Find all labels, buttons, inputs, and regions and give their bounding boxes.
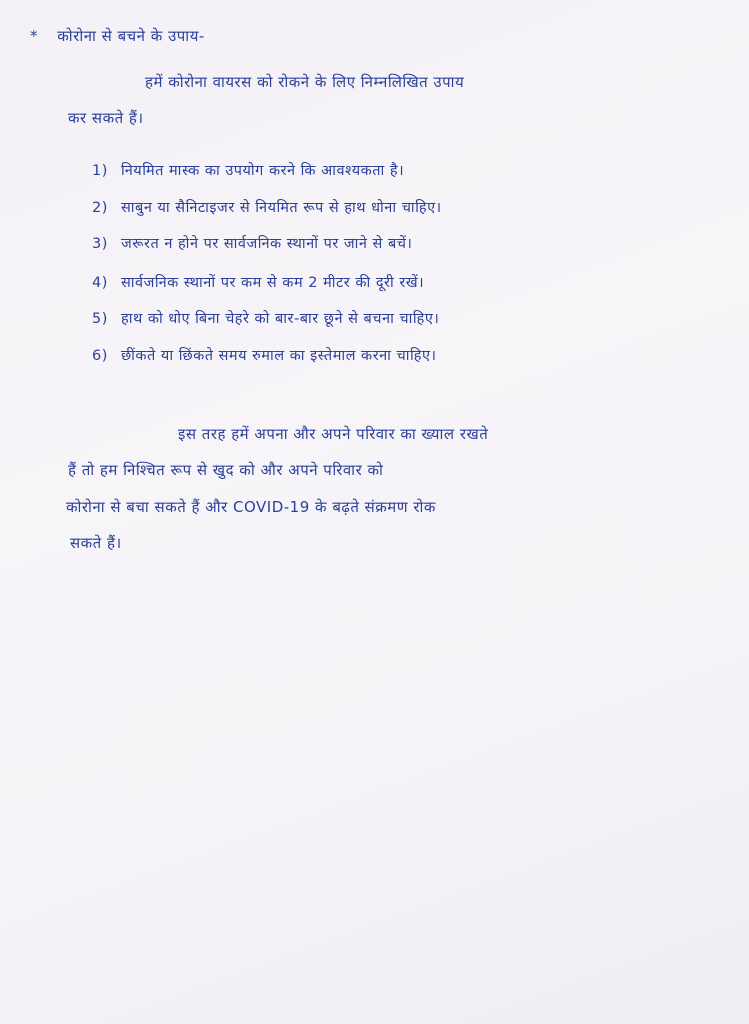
intro-line-2: कर सकते हैं। (68, 108, 144, 128)
intro-line-1: हमें कोरोना वायरस को रोकने के लिए निम्नल… (145, 72, 464, 92)
conclusion-line-4: सकते हैं। (70, 533, 122, 553)
heading-text: कोरोना से बचने के उपाय- (57, 27, 205, 45)
item-number: 2) (92, 200, 108, 216)
list-item: 6) छींकते या छिंकते समय रुमाल का इस्तेमा… (92, 345, 436, 365)
conclusion-line-3: कोरोना से बचा सकते हैं और COVID-19 के बढ… (66, 497, 436, 517)
item-text: सार्वजनिक स्थानों पर कम से कम 2 मीटर की … (121, 275, 424, 291)
item-text: साबुन या सैनिटाइजर से नियमित रूप से हाथ … (121, 200, 442, 216)
list-item: 2) साबुन या सैनिटाइजर से नियमित रूप से ह… (92, 197, 442, 217)
item-number: 6) (92, 348, 108, 364)
handwritten-page: * कोरोना से बचने के उपाय- हमें कोरोना वा… (0, 0, 749, 1024)
item-number: 5) (92, 311, 108, 327)
item-number: 1) (92, 163, 108, 179)
list-item: 5) हाथ को धोए बिना चेहरे को बार-बार छूने… (92, 308, 439, 328)
item-text: छींकते या छिंकते समय रुमाल का इस्तेमाल क… (121, 348, 436, 364)
list-item: 1) नियमित मास्क का उपयोग करने कि आवश्यकत… (92, 160, 404, 180)
conclusion-line-1: इस तरह हमें अपना और अपने परिवार का ख्याल… (178, 424, 488, 444)
item-text: नियमित मास्क का उपयोग करने कि आवश्यकता ह… (121, 163, 404, 179)
conclusion-line-2: हैं तो हम निश्चित रूप से खुद को और अपने … (68, 460, 383, 480)
page-heading: * कोरोना से बचने के उपाय- (30, 26, 205, 46)
asterisk-bullet-icon: * (30, 27, 38, 45)
list-item: 3) जरूरत न होने पर सार्वजनिक स्थानों पर … (92, 233, 412, 253)
item-number: 4) (92, 275, 108, 291)
list-item: 4) सार्वजनिक स्थानों पर कम से कम 2 मीटर … (92, 272, 424, 292)
item-text: हाथ को धोए बिना चेहरे को बार-बार छूने से… (121, 311, 439, 327)
item-text: जरूरत न होने पर सार्वजनिक स्थानों पर जान… (121, 236, 412, 252)
item-number: 3) (92, 236, 108, 252)
